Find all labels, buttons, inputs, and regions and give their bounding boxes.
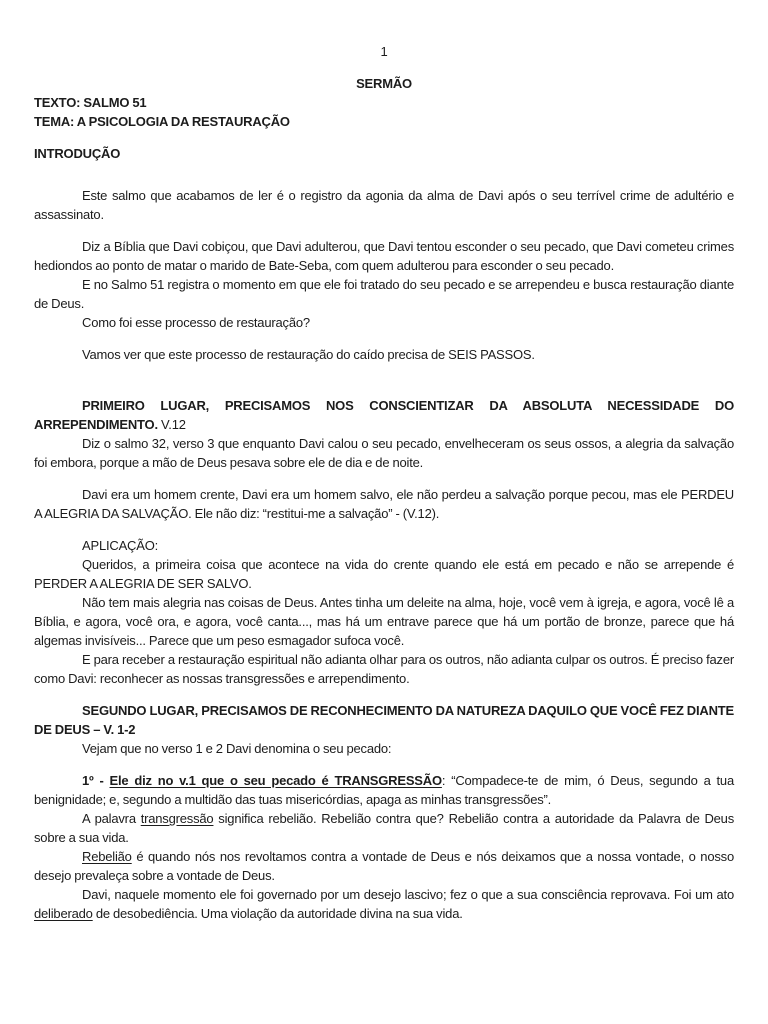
paragraph: Diz o salmo 32, verso 3 que enquanto Dav… <box>34 434 734 472</box>
text-run: Rebelião <box>82 849 132 864</box>
text-run: Davi, naquele momento ele foi governado … <box>82 887 734 902</box>
text-run: V.12 <box>158 417 186 432</box>
section-heading: PRIMEIRO LUGAR, PRECISAMOS NOS CONSCIENT… <box>34 396 734 434</box>
page-number: 1 <box>34 42 734 61</box>
text-run: A palavra <box>82 811 141 826</box>
text-run: PRIMEIRO LUGAR, PRECISAMOS NOS CONSCIENT… <box>34 398 734 432</box>
text-run: INTRODUÇÃO <box>34 146 120 161</box>
text-run: deliberado <box>34 906 93 921</box>
text-run: 1º - <box>82 773 110 788</box>
text-run: de desobediência. Uma violação da autori… <box>93 906 463 921</box>
paragraph: A palavra transgressão significa rebeliã… <box>34 809 734 847</box>
doc-label: TEMA: A PSICOLOGIA DA RESTAURAÇÃO <box>34 112 734 131</box>
paragraph: Vamos ver que este processo de restauraç… <box>34 345 734 364</box>
text-run: E no Salmo 51 registra o momento em que … <box>34 277 734 311</box>
text-run: Davi era um homem crente, Davi era um ho… <box>34 487 734 521</box>
text-run: Vamos ver que este processo de restauraç… <box>82 347 535 362</box>
paragraph: APLICAÇÃO: <box>34 536 734 555</box>
text-run: TEMA: A PSICOLOGIA DA RESTAURAÇÃO <box>34 114 290 129</box>
doc-title: SERMÃO <box>34 74 734 93</box>
paragraph: Vejam que no verso 1 e 2 Davi denomina o… <box>34 739 734 758</box>
paragraph: 1º - Ele diz no v.1 que o seu pecado é T… <box>34 771 734 809</box>
paragraph: Rebelião é quando nós nos revoltamos con… <box>34 847 734 885</box>
paragraph: Davi era um homem crente, Davi era um ho… <box>34 485 734 523</box>
text-run: TEXTO: SALMO 51 <box>34 95 146 110</box>
text-run: Vejam que no verso 1 e 2 Davi denomina o… <box>82 741 391 756</box>
text-run: APLICAÇÃO: <box>82 538 158 553</box>
paragraph: Não tem mais alegria nas coisas de Deus.… <box>34 593 734 650</box>
text-run: SERMÃO <box>356 76 412 91</box>
text-run: Como foi esse processo de restauração? <box>82 315 310 330</box>
text-run: é quando nós nos revoltamos contra a von… <box>34 849 734 883</box>
paragraph: Davi, naquele momento ele foi governado … <box>34 885 734 923</box>
document-page: 1 SERMÃOTEXTO: SALMO 51TEMA: A PSICOLOGI… <box>0 0 768 1024</box>
doc-label: TEXTO: SALMO 51 <box>34 93 734 112</box>
paragraph: E para receber a restauração espiritual … <box>34 650 734 688</box>
paragraph: Queridos, a primeira coisa que acontece … <box>34 555 734 593</box>
doc-label: INTRODUÇÃO <box>34 144 734 163</box>
text-run: Não tem mais alegria nas coisas de Deus.… <box>34 595 734 648</box>
text-run: Diz o salmo 32, verso 3 que enquanto Dav… <box>34 436 734 470</box>
text-run: SEGUNDO LUGAR, PRECISAMOS DE RECONHECIME… <box>34 703 734 737</box>
text-run: transgressão <box>141 811 214 826</box>
section-heading: SEGUNDO LUGAR, PRECISAMOS DE RECONHECIME… <box>34 701 734 739</box>
text-run: Queridos, a primeira coisa que acontece … <box>34 557 734 591</box>
paragraph: Este salmo que acabamos de ler é o regis… <box>34 186 734 224</box>
paragraph: Diz a Bíblia que Davi cobiçou, que Davi … <box>34 237 734 275</box>
text-run: Ele diz no v.1 que o seu pecado é TRANSG… <box>110 773 442 788</box>
document-body: SERMÃOTEXTO: SALMO 51TEMA: A PSICOLOGIA … <box>34 74 734 923</box>
paragraph: Como foi esse processo de restauração? <box>34 313 734 332</box>
text-run: Diz a Bíblia que Davi cobiçou, que Davi … <box>34 239 734 273</box>
paragraph: E no Salmo 51 registra o momento em que … <box>34 275 734 313</box>
text-run: E para receber a restauração espiritual … <box>34 652 734 686</box>
text-run: Este salmo que acabamos de ler é o regis… <box>34 188 734 222</box>
